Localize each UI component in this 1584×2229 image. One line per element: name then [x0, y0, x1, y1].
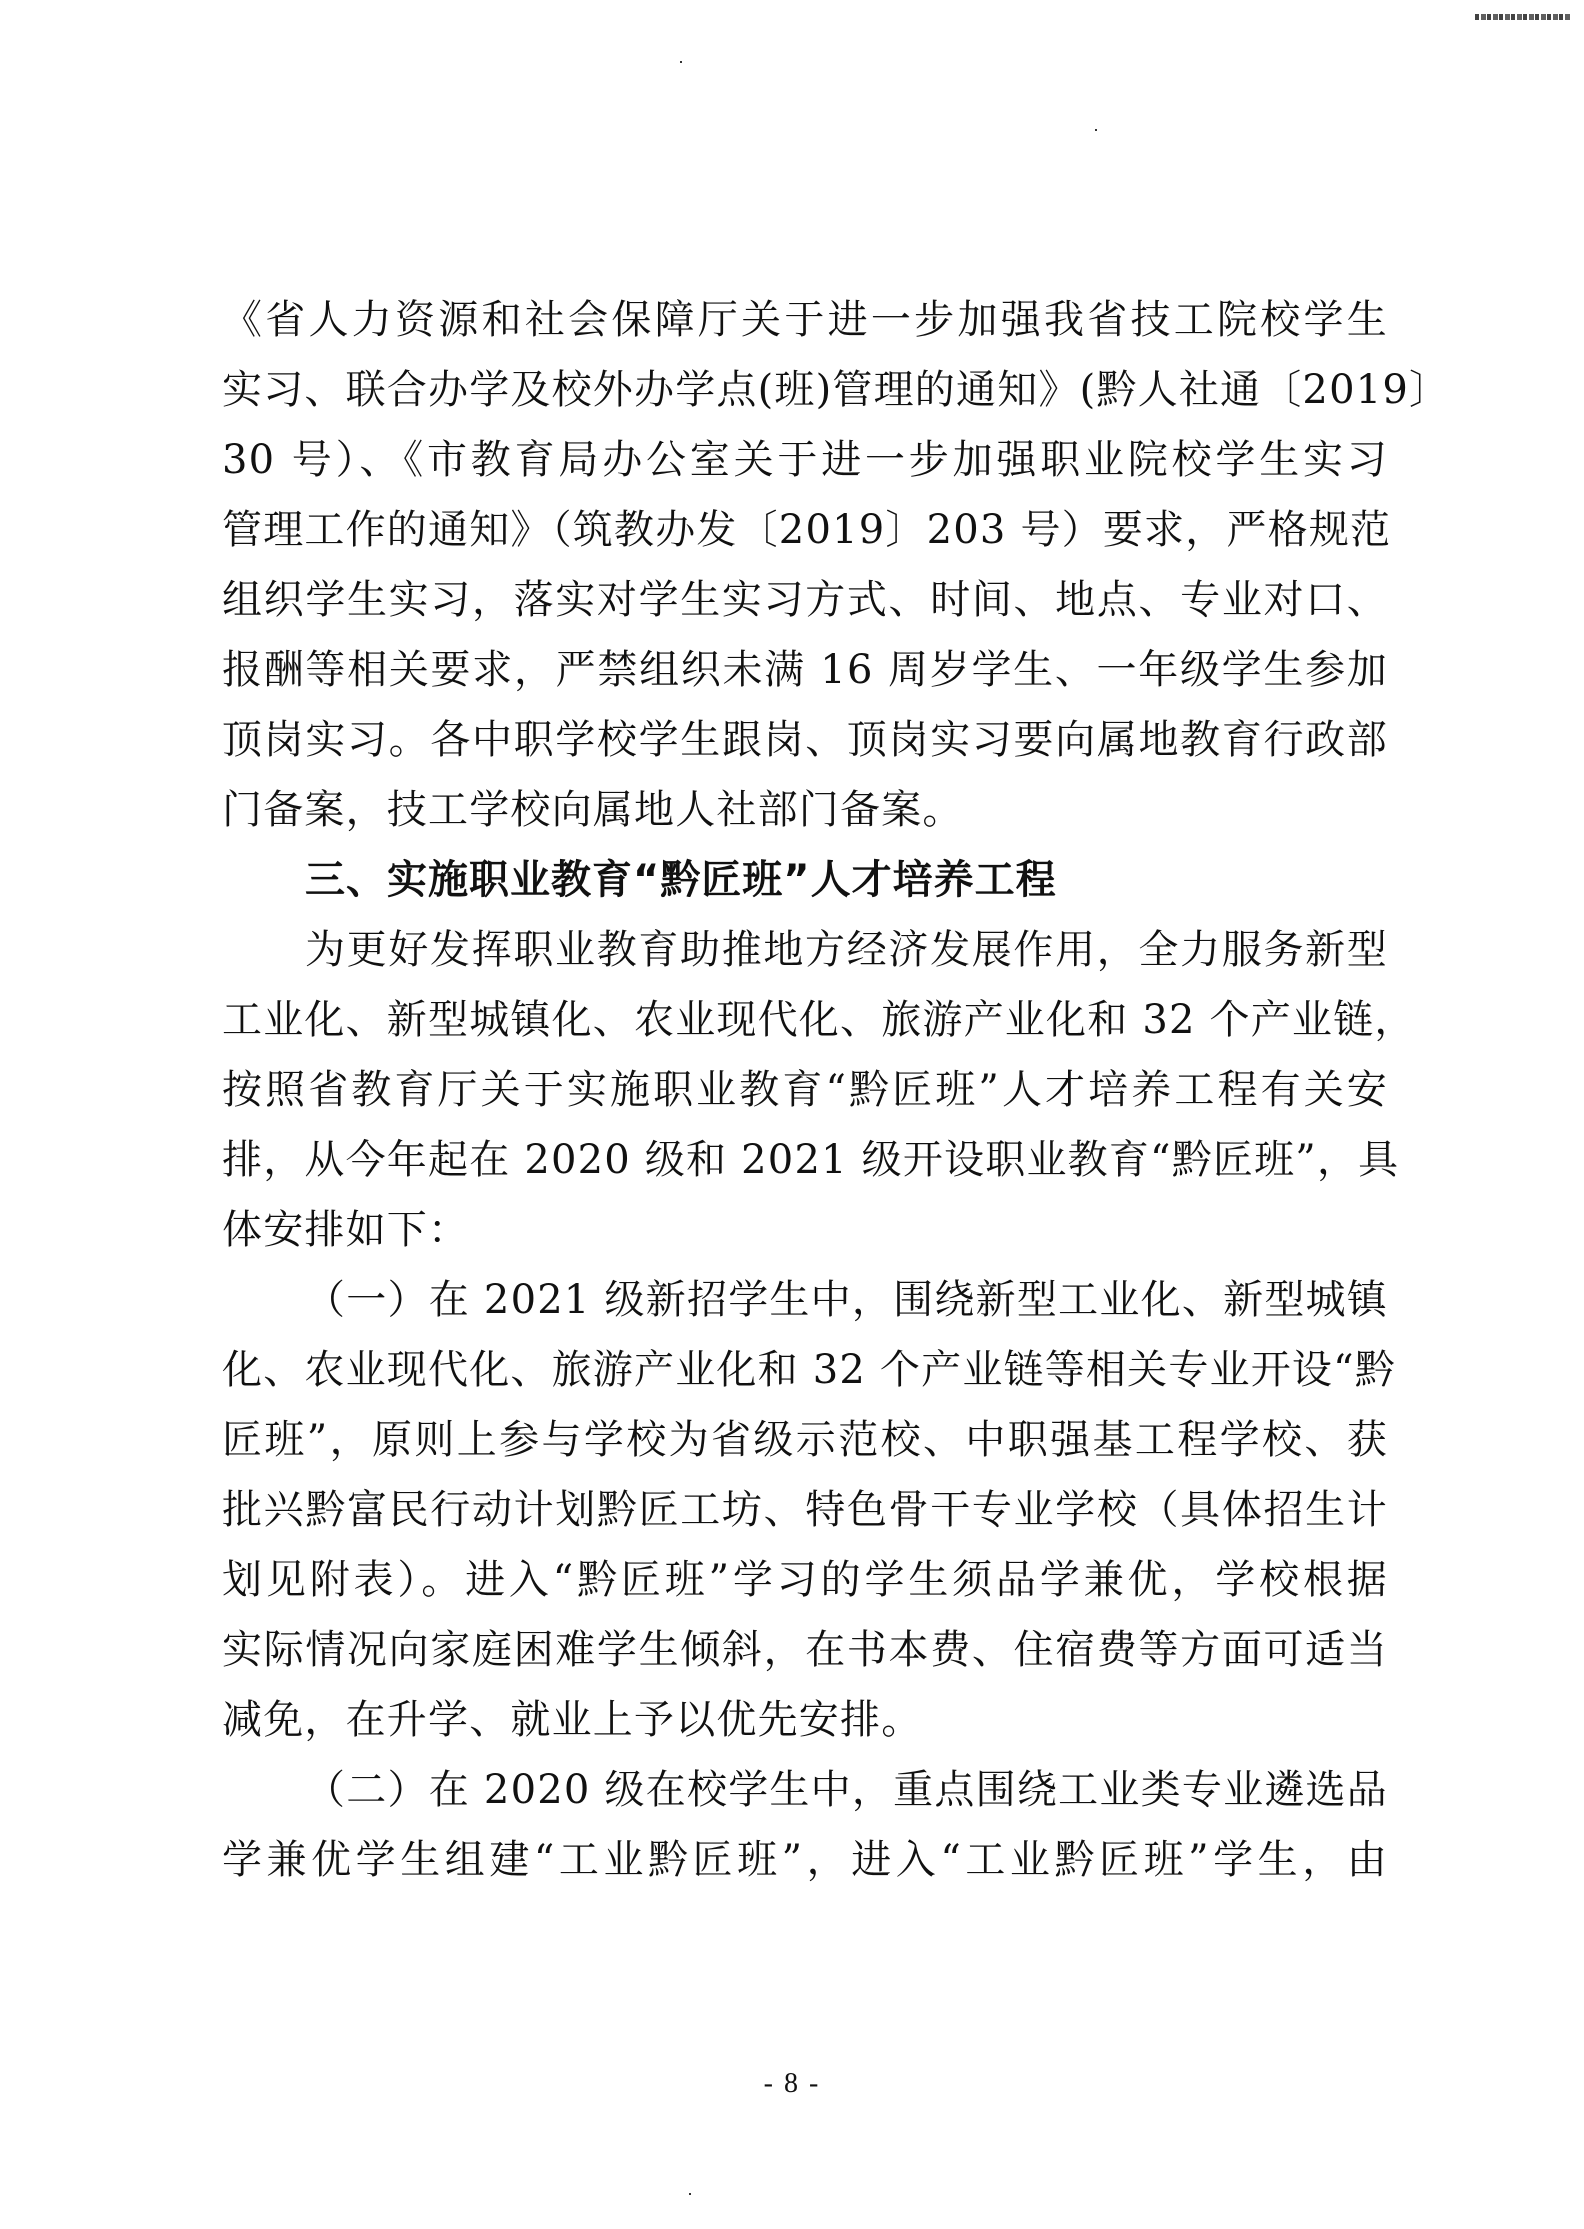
text-line: 为更好发挥职业教育助推地方经济发展作用，全力服务新型 [222, 922, 1388, 992]
text-line: 批兴黔富民行动计划黔匠工坊、特色骨干专业学校（具体招生计 [222, 1482, 1388, 1552]
text-line: 《省人力资源和社会保障厅关于进一步加强我省技工院校学生 [222, 292, 1388, 362]
text-line: 学兼优学生组建“工业黔匠班”，进入“工业黔匠班”学生，由 [222, 1832, 1388, 1902]
text-line: 体安排如下： [222, 1202, 1388, 1272]
text-line: 工业化、新型城镇化、农业现代化、旅游产业化和 32 个产业链， [222, 992, 1388, 1062]
text-line: 排，从今年起在 2020 级和 2021 级开设职业教育“黔匠班”，具 [222, 1132, 1388, 1202]
text-line: （一）在 2021 级新招学生中，围绕新型工业化、新型城镇 [222, 1272, 1388, 1342]
text-line: （二）在 2020 级在校学生中，重点围绕工业类专业遴选品 [222, 1762, 1388, 1832]
text-line: 化、农业现代化、旅游产业化和 32 个产业链等相关专业开设“黔 [222, 1342, 1388, 1412]
document-page: 《省人力资源和社会保障厅关于进一步加强我省技工院校学生 实习、联合办学及校外办学… [0, 0, 1584, 2229]
text-line: 实际情况向家庭困难学生倾斜，在书本费、住宿费等方面可适当 [222, 1622, 1388, 1692]
scan-speck [689, 2193, 691, 2195]
text-line: 顶岗实习。各中职学校学生跟岗、顶岗实习要向属地教育行政部 [222, 712, 1388, 782]
text-line: 按照省教育厅关于实施职业教育“黔匠班”人才培养工程有关安 [222, 1062, 1388, 1132]
text-line: 减免，在升学、就业上予以优先安排。 [222, 1692, 1388, 1762]
scan-speck [680, 61, 682, 63]
text-line: 实习、联合办学及校外办学点(班)管理的通知》(黔人社通〔2019〕 [222, 362, 1388, 432]
text-line: 组织学生实习，落实对学生实习方式、时间、地点、专业对口、 [222, 572, 1388, 642]
text-line: 管理工作的通知》（筑教办发〔2019〕203 号）要求，严格规范 [222, 502, 1388, 572]
text-line: 30 号）、《市教育局办公室关于进一步加强职业院校学生实习 [222, 432, 1388, 502]
page-number: - 8 - [0, 2068, 1584, 2100]
text-line: 划见附表）。进入“黔匠班”学习的学生须品学兼优，学校根据 [222, 1552, 1388, 1622]
scan-speck [1095, 129, 1097, 131]
text-line: 门备案，技工学校向属地人社部门备案。 [222, 782, 1388, 852]
section-heading: 三、实施职业教育“黔匠班”人才培养工程 [222, 852, 1388, 922]
document-body: 《省人力资源和社会保障厅关于进一步加强我省技工院校学生 实习、联合办学及校外办学… [222, 292, 1388, 1902]
scan-artifact [1475, 14, 1570, 20]
text-line: 匠班”，原则上参与学校为省级示范校、中职强基工程学校、获 [222, 1412, 1388, 1482]
text-line: 报酬等相关要求，严禁组织未满 16 周岁学生、一年级学生参加 [222, 642, 1388, 712]
